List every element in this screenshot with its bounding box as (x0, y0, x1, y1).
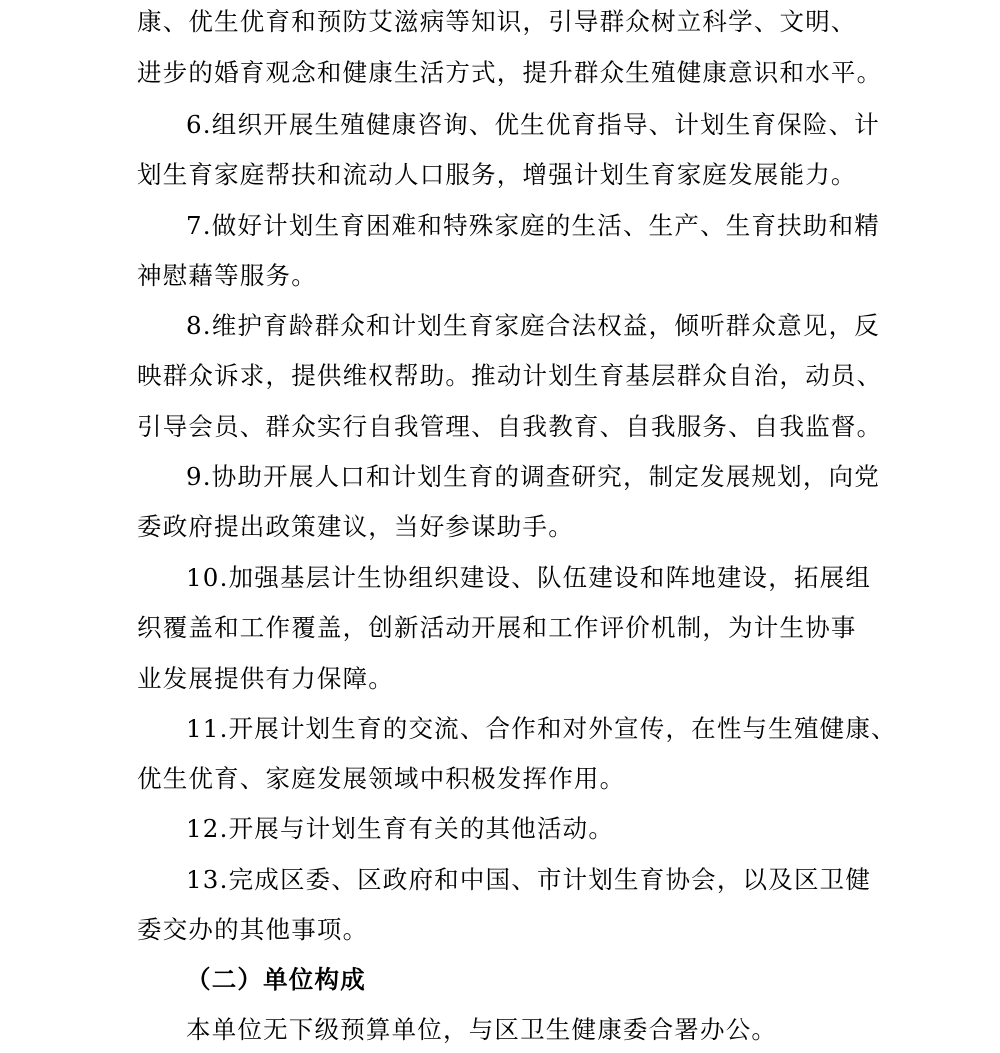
item-10: 10.加强基层计生协组织建设、队伍建设和阵地建设，拓展组 (186, 553, 946, 603)
document-page: 康、优生优育和预防艾滋病等知识，引导群众树立科学、文明、 进步的婚育观念和健康生… (0, 0, 1000, 1053)
text-line: 映群众诉求，提供维权帮助。推动计划生育基层群众自治，动员、 (137, 351, 897, 401)
item-6: 6.组织开展生殖健康咨询、优生优育指导、计划生育保险、计 (186, 100, 946, 150)
item-9: 9.协助开展人口和计划生育的调查研究，制定发展规划，向党 (186, 452, 946, 502)
item-13: 13.完成区委、区政府和中国、市计划生育协会，以及区卫健 (186, 855, 946, 905)
text-line: 引导会员、群众实行自我管理、自我教育、自我服务、自我监督。 (137, 402, 897, 452)
text-line: 织覆盖和工作覆盖，创新活动开展和工作评价机制，为计生协事 (137, 603, 897, 653)
item-12: 12.开展与计划生育有关的其他活动。 (186, 804, 946, 854)
text-line: 业发展提供有力保障。 (137, 654, 897, 704)
text-line: 优生优育、家庭发展领域中积极发挥作用。 (137, 754, 897, 804)
text-line: 神慰藉等服务。 (137, 251, 897, 301)
item-8: 8.维护育龄群众和计划生育家庭合法权益，倾听群众意见，反 (186, 301, 946, 351)
text-line: 委交办的其他事项。 (137, 905, 897, 955)
item-11: 11.开展计划生育的交流、合作和对外宣传，在性与生殖健康、 (186, 704, 946, 754)
text-line: 划生育家庭帮扶和流动人口服务，增强计划生育家庭发展能力。 (137, 150, 897, 200)
text-line: 本单位无下级预算单位，与区卫生健康委合署办公。 (186, 1005, 946, 1053)
text-line: 委政府提出政策建议，当好参谋助手。 (137, 502, 897, 552)
section-heading: （二）单位构成 (186, 955, 946, 1005)
text-line: 进步的婚育观念和健康生活方式，提升群众生殖健康意识和水平。 (137, 48, 897, 98)
item-7: 7.做好计划生育困难和特殊家庭的生活、生产、生育扶助和精 (186, 201, 946, 251)
text-line: 康、优生优育和预防艾滋病等知识，引导群众树立科学、文明、 (137, 0, 897, 47)
